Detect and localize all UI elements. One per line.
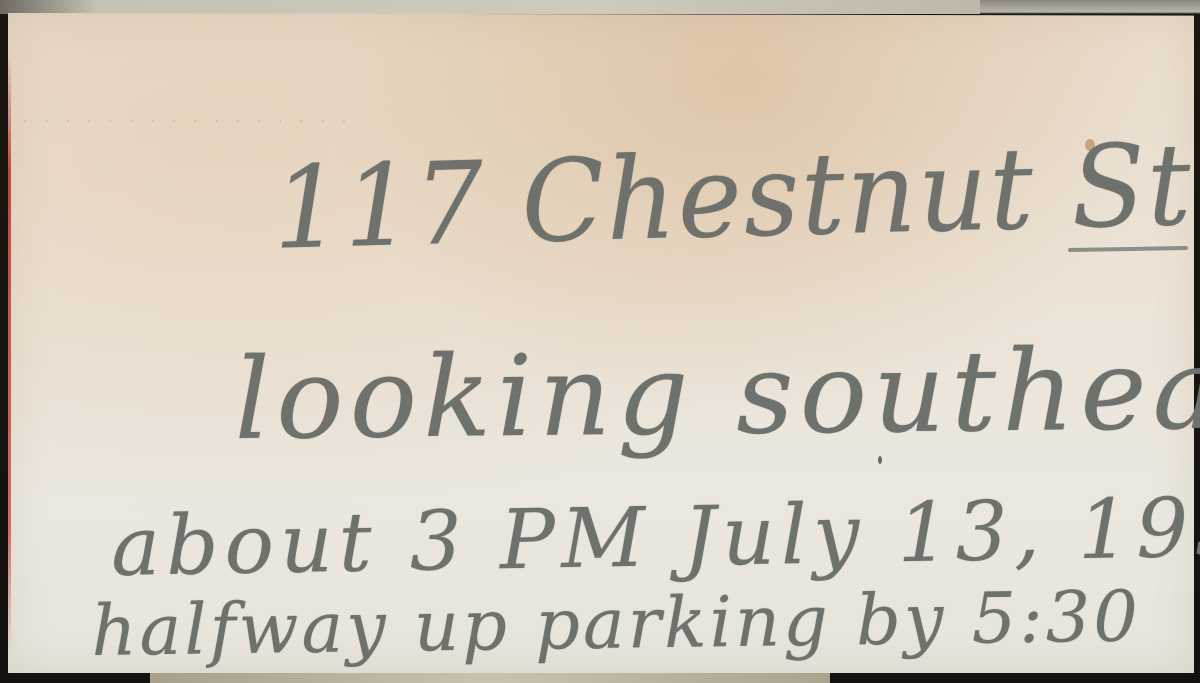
backing-board-top — [0, 0, 980, 14]
red-edge-mark — [8, 53, 11, 653]
address-line: 117 Chestnut St — [272, 120, 1195, 275]
faint-printed-text: · · · · · · · · · · · · · · · · — [22, 115, 342, 128]
backing-board-bottom — [150, 673, 830, 683]
scan-background: · · · · · · · · · · · · · · · · 117 Ches… — [0, 0, 1200, 683]
parking-note-line: halfway up parking by 5:30 — [91, 575, 1142, 672]
direction-line: looking southeast — [234, 323, 1200, 465]
